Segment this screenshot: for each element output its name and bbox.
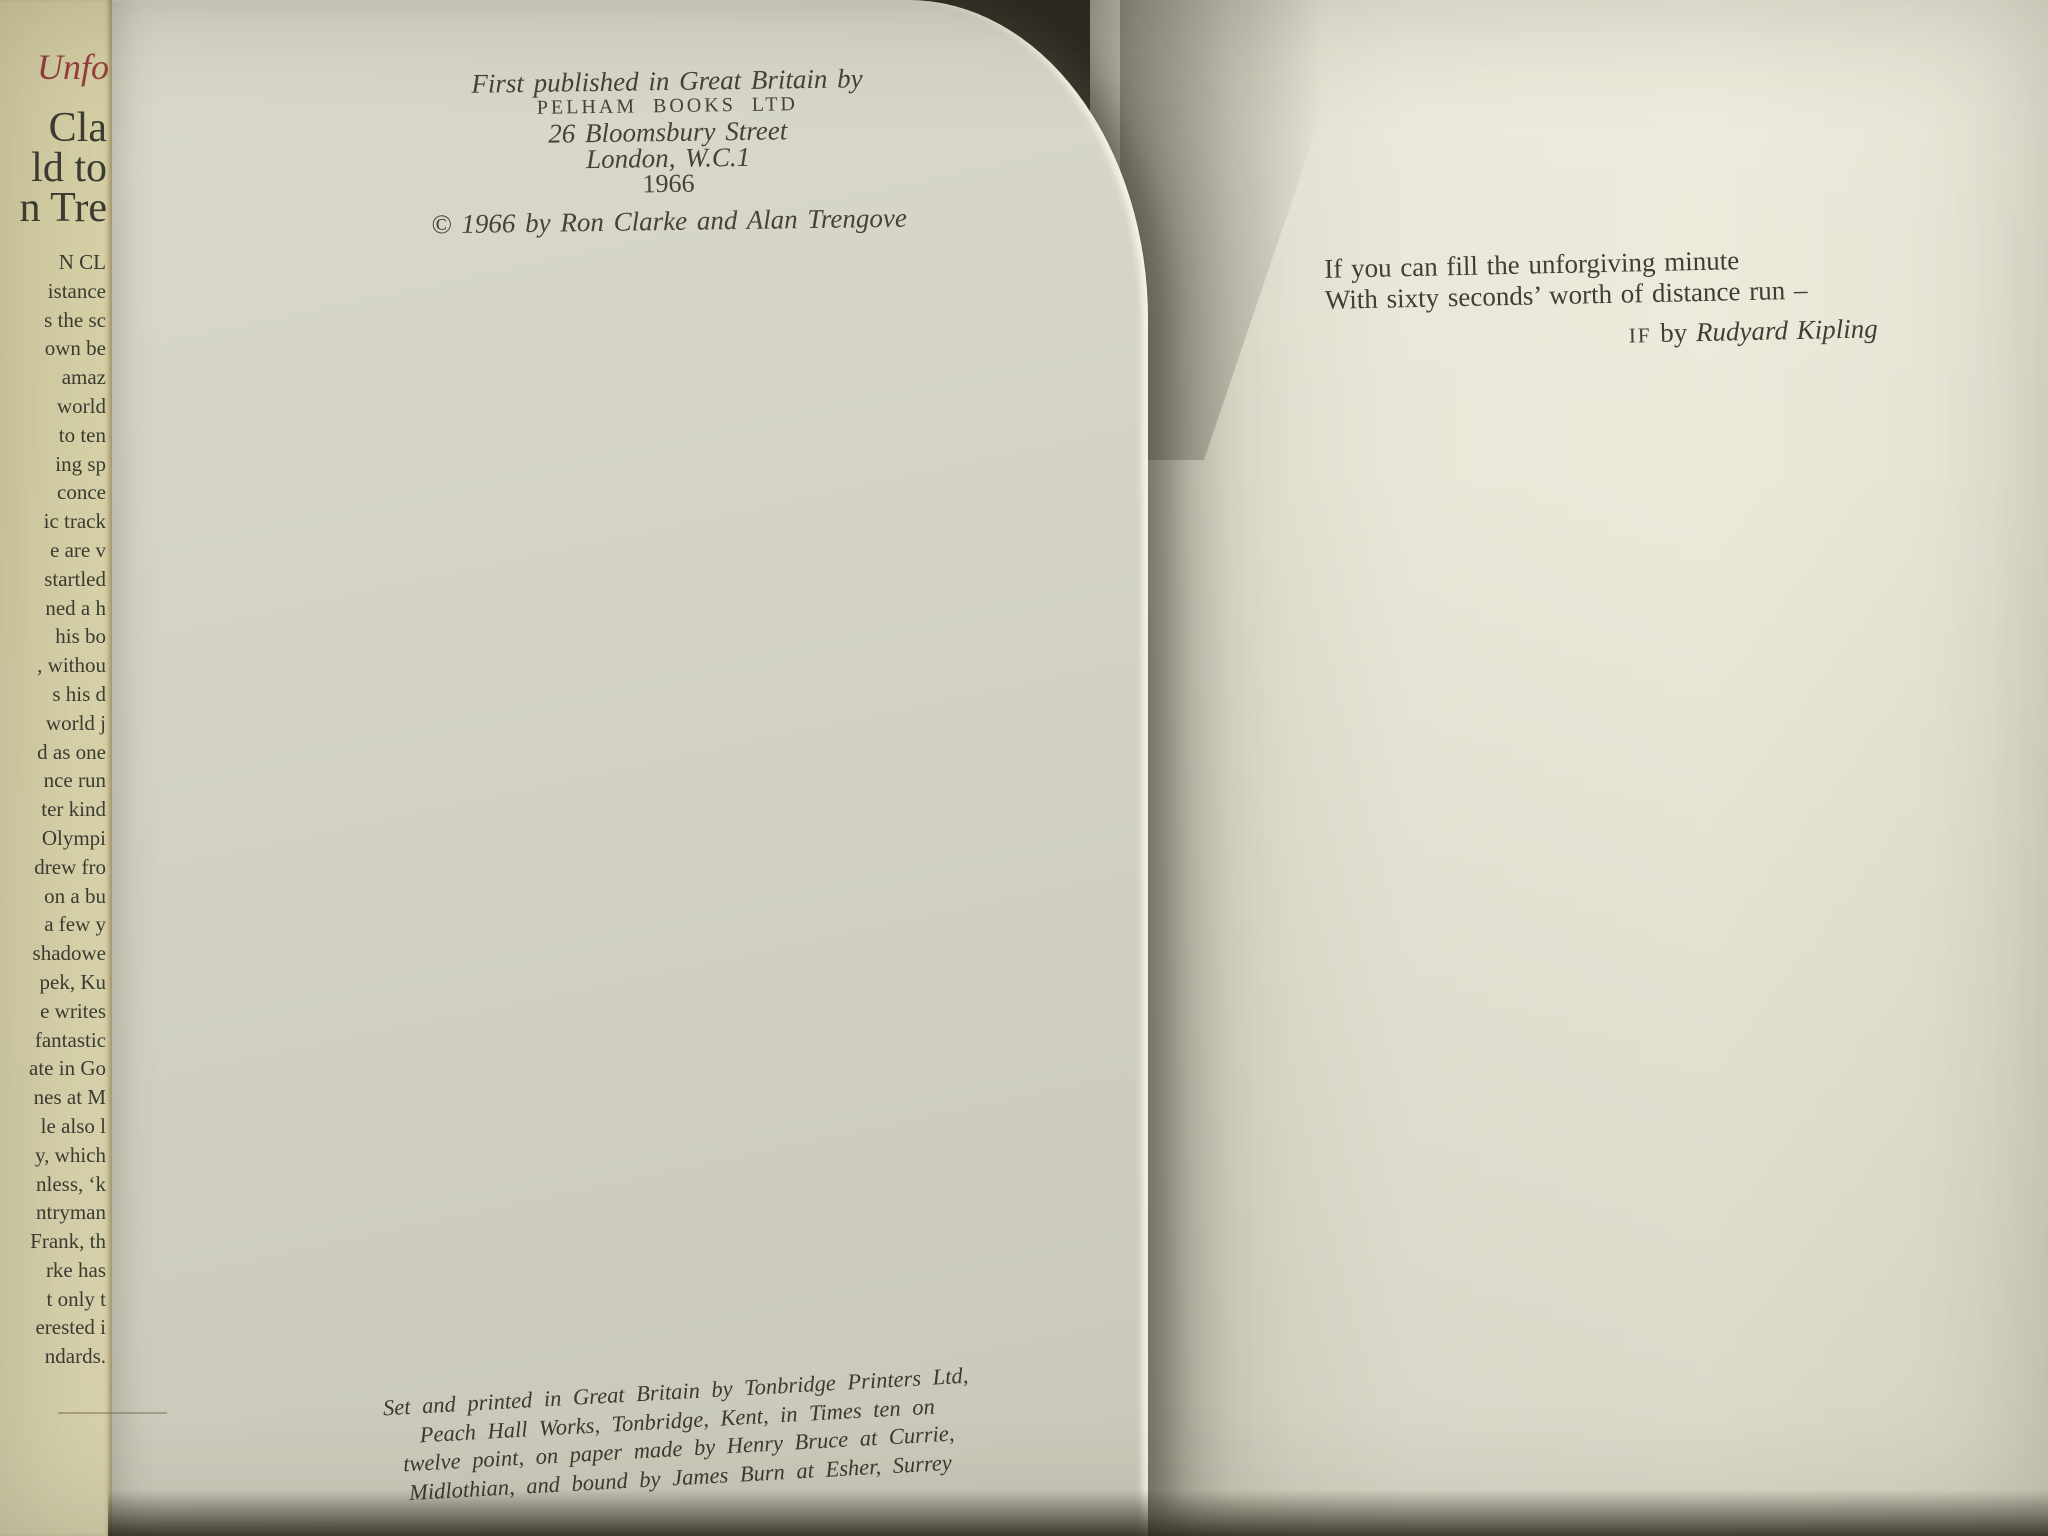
jacket-heading-fragments: Cla ld to n Tre: [0, 108, 109, 228]
jacket-text-fragment: fantastic: [0, 1026, 109, 1055]
jacket-text-fragment: drew fro: [0, 853, 109, 882]
epigraph-source-title: IF: [1629, 323, 1652, 347]
jacket-text-fragment: N CL: [0, 248, 109, 277]
jacket-text-fragment: e are v: [0, 536, 109, 565]
jacket-fold-seam: [58, 1412, 167, 1414]
book-bottom-edge-shadow: [108, 1490, 2048, 1536]
jacket-text-fragment: istance: [0, 277, 109, 306]
jacket-text-fragment: to ten: [0, 421, 109, 450]
jacket-text-fragment: shadowe: [0, 939, 109, 968]
jacket-text-fragment: nes at M: [0, 1083, 109, 1112]
jacket-text-fragment: conce: [0, 478, 109, 507]
jacket-text-fragment: Olympi: [0, 824, 109, 853]
jacket-text-fragment: ing sp: [0, 450, 109, 479]
epigraph-by-word: by: [1660, 317, 1688, 348]
copyright-notice: © 1966 by Ron Clarke and Alan Trengove: [269, 202, 1069, 239]
jacket-text-fragment: a few y: [0, 910, 109, 939]
jacket-text-fragment: ntryman: [0, 1198, 109, 1227]
jacket-text-fragment: world: [0, 392, 109, 421]
jacket-heading-fragment: Cla: [0, 108, 109, 148]
jacket-text-fragment: on a bu: [0, 882, 109, 911]
jacket-text-fragment: rke has: [0, 1256, 109, 1285]
jacket-text-fragment: s his d: [0, 680, 109, 709]
jacket-text-fragment: y, which: [0, 1141, 109, 1170]
jacket-text-fragment: s the sc: [0, 306, 109, 335]
jacket-text-fragment: ate in Go: [0, 1054, 109, 1083]
jacket-heading-fragment: ld to: [0, 148, 109, 188]
epigraph-author: Rudyard Kipling: [1696, 313, 1878, 347]
imprint-block: First published in Great Britain by PELH…: [267, 62, 1069, 239]
jacket-text-fragment: ter kind: [0, 795, 109, 824]
jacket-text-fragment: , withou: [0, 651, 109, 680]
jacket-text-fragment: ned a h: [0, 594, 109, 623]
jacket-text-fragment: nless, ‘k: [0, 1170, 109, 1199]
jacket-text-fragment: nce run: [0, 766, 109, 795]
jacket-heading-fragment: n Tre: [0, 188, 109, 228]
jacket-title-fragment: Unfo: [0, 44, 112, 90]
jacket-text-fragment: amaz: [0, 363, 109, 392]
jacket-body-fragments: N CL istance s the sc own be amaz world …: [0, 248, 109, 1371]
jacket-text-fragment: ic track: [0, 507, 109, 536]
jacket-text-fragment: world j: [0, 709, 109, 738]
jacket-text-fragment: e writes: [0, 997, 109, 1026]
epigraph: If you can fill the unforgiving minute W…: [1324, 242, 1886, 358]
jacket-text-fragment: Frank, th: [0, 1227, 109, 1256]
open-book-photo: If you can fill the unforgiving minute W…: [0, 0, 2048, 1536]
jacket-text-fragment: t only t: [0, 1285, 109, 1314]
jacket-text-fragment: le also l: [0, 1112, 109, 1141]
dust-jacket-flap: Unfo Cla ld to n Tre N CL istance s the …: [0, 0, 112, 1536]
jacket-text-fragment: own be: [0, 334, 109, 363]
epigraph-attribution: IF by Rudyard Kipling: [1325, 313, 1886, 358]
jacket-text-fragment: startled: [0, 565, 109, 594]
jacket-text-fragment: ndards.: [0, 1342, 109, 1371]
jacket-text-fragment: his bo: [0, 622, 109, 651]
copyright-page: First published in Great Britain by PELH…: [108, 0, 1148, 1536]
jacket-text-fragment: erested i: [0, 1313, 109, 1342]
jacket-text-fragment: pek, Ku: [0, 968, 109, 997]
jacket-text-fragment: d as one: [0, 738, 109, 767]
